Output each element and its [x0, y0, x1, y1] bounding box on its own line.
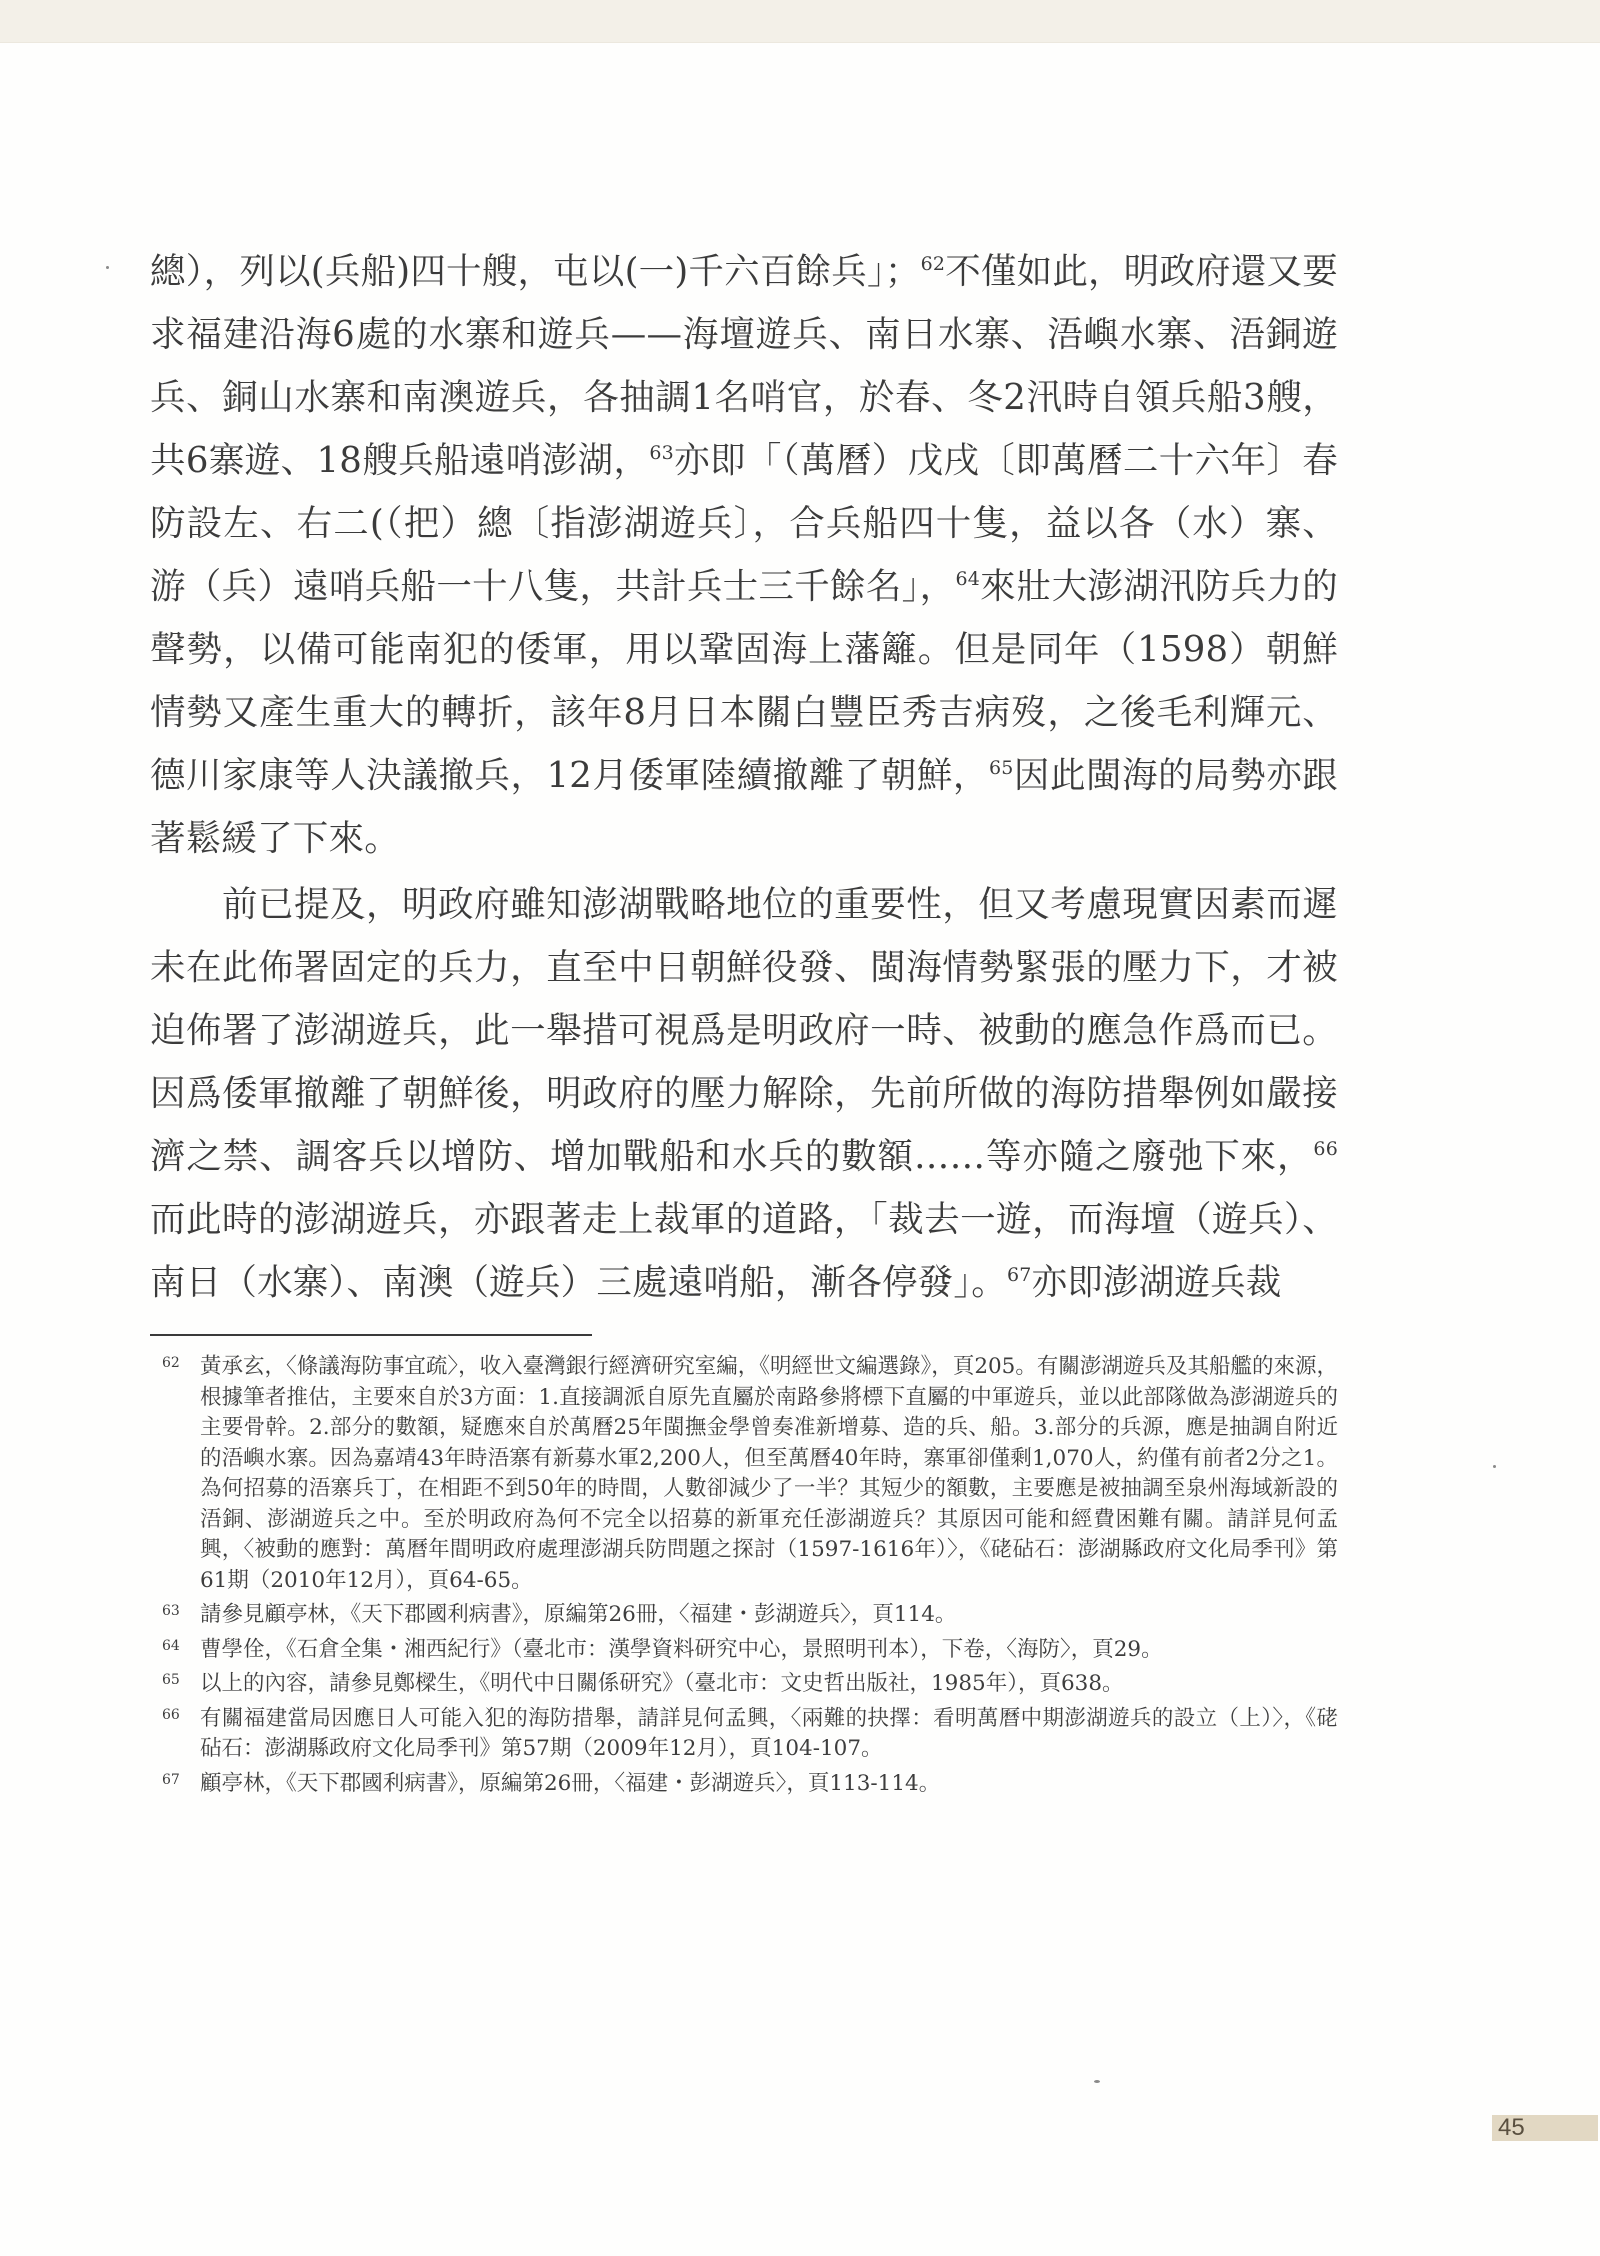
- footnote-ref-63[interactable]: 63: [649, 442, 674, 464]
- footnotes: 62 黃承玄，〈條議海防事宜疏〉，收入臺灣銀行經濟研究室編，《明經世文編選錄》，…: [150, 1352, 1338, 1803]
- footnote-number: 67: [162, 1765, 180, 1796]
- footnote-67: 67 顧亭林，《天下郡國利病書》，原編第26冊，〈福建・彭湖遊兵〉，頁113-1…: [150, 1769, 1338, 1800]
- footnote-text: 曹學佺，《石倉全集・湘西紀行》（臺北市：漢學資料研究中心，景照明刊本），下卷，〈…: [200, 1637, 1163, 1662]
- footnote-ref-64[interactable]: 64: [955, 568, 980, 590]
- footnote-65: 65 以上的內容，請參見鄭樑生，《明代中日關係研究》（臺北市：文史哲出版社，19…: [150, 1669, 1338, 1700]
- paragraph-1: 總），列以(兵船)四十艘，屯以(一)千六百餘兵」；62不僅如此，明政府還又要求福…: [150, 240, 1338, 870]
- footnote-number: 65: [162, 1665, 180, 1696]
- scan-speck: [106, 266, 109, 269]
- main-text: 總），列以(兵船)四十艘，屯以(一)千六百餘兵」；62不僅如此，明政府還又要求福…: [150, 240, 1338, 1314]
- footnote-ref-65[interactable]: 65: [989, 757, 1014, 779]
- footnote-ref-66[interactable]: 66: [1313, 1138, 1338, 1160]
- footnote-66: 66 有關福建當局因應日人可能入犯的海防措舉，請詳見何孟興，〈兩難的抉擇：看明萬…: [150, 1704, 1338, 1765]
- scan-top-edge: [0, 0, 1600, 43]
- footnote-63: 63 請參見顧亭林，《天下郡國利病書》，原編第26冊，〈福建・彭湖遊兵〉，頁11…: [150, 1600, 1338, 1631]
- footnote-text: 顧亭林，《天下郡國利病書》，原編第26冊，〈福建・彭湖遊兵〉，頁113-114。: [200, 1771, 940, 1796]
- footnote-number: 64: [162, 1631, 180, 1662]
- footnote-text: 有關福建當局因應日人可能入犯的海防措舉，請詳見何孟興，〈兩難的抉擇：看明萬曆中期…: [200, 1706, 1338, 1762]
- footnote-number: 63: [162, 1596, 180, 1627]
- footnote-number: 66: [162, 1700, 180, 1731]
- footnote-ref-67[interactable]: 67: [1007, 1264, 1032, 1286]
- footnote-divider: [150, 1334, 592, 1336]
- paragraph-2: 前已提及，明政府雖知澎湖戰略地位的重要性，但又考慮現實因素而遲未在此佈署固定的兵…: [150, 873, 1338, 1314]
- footnote-text: 以上的內容，請參見鄭樑生，《明代中日關係研究》（臺北市：文史哲出版社，1985年…: [200, 1671, 1124, 1696]
- scan-speck: [1094, 2080, 1100, 2083]
- footnote-64: 64 曹學佺，《石倉全集・湘西紀行》（臺北市：漢學資料研究中心，景照明刊本），下…: [150, 1635, 1338, 1666]
- footnote-text: 黃承玄，〈條議海防事宜疏〉，收入臺灣銀行經濟研究室編，《明經世文編選錄》，頁20…: [200, 1354, 1338, 1593]
- footnote-ref-62[interactable]: 62: [921, 253, 946, 275]
- scan-speck: [1493, 1465, 1496, 1468]
- page-number: 45: [1492, 2115, 1598, 2141]
- footnote-number: 62: [162, 1348, 180, 1379]
- footnote-62: 62 黃承玄，〈條議海防事宜疏〉，收入臺灣銀行經濟研究室編，《明經世文編選錄》，…: [150, 1352, 1338, 1596]
- footnote-text: 請參見顧亭林，《天下郡國利病書》，原編第26冊，〈福建・彭湖遊兵〉，頁114。: [200, 1602, 956, 1627]
